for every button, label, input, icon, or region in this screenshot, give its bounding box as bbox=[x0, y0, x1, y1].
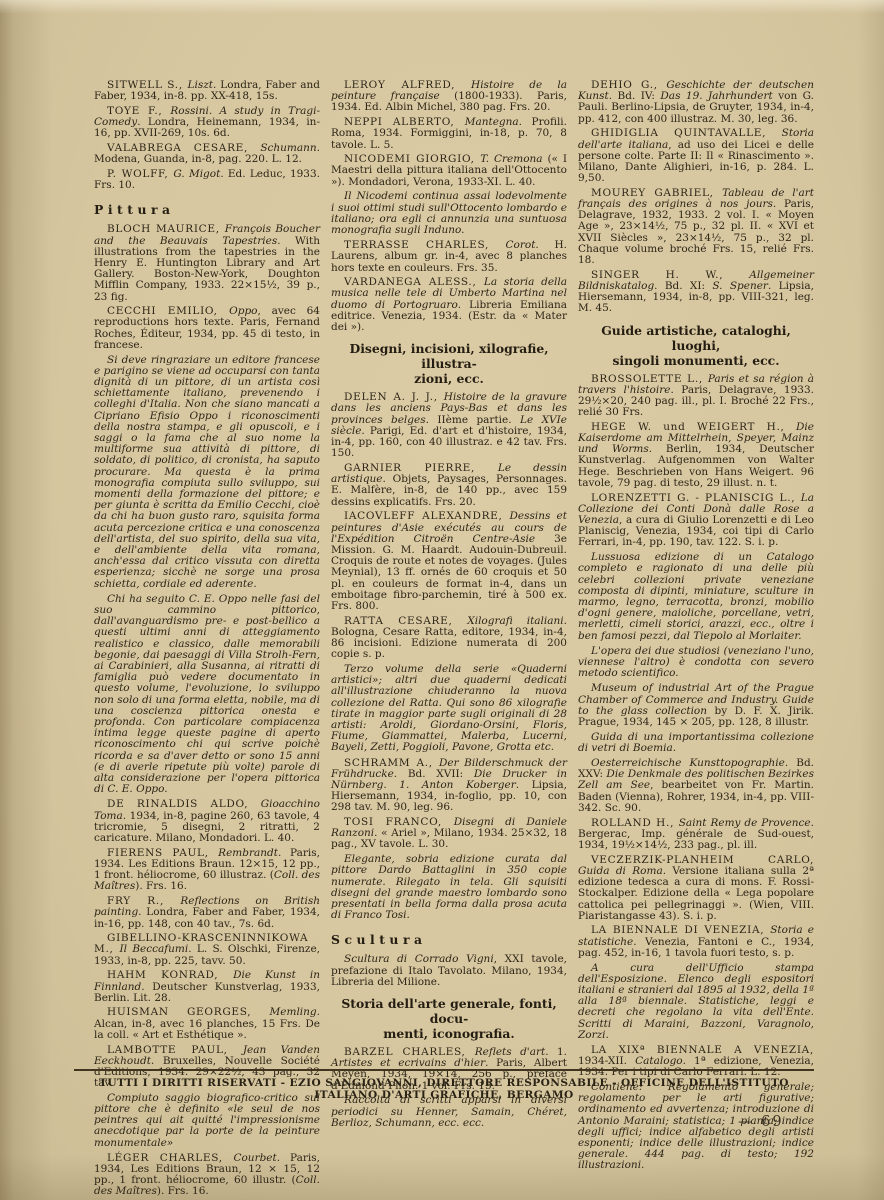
section-heading: Scultura bbox=[331, 932, 567, 947]
bibliography-entry: TERRASSE CHARLES, Corot. H. Laurens, alb… bbox=[331, 240, 567, 274]
author-name: FRY R., bbox=[107, 895, 180, 907]
author-name: BLOCH MAURICE, bbox=[107, 223, 225, 235]
work-title: Saint Remy de Provence bbox=[679, 817, 811, 829]
work-title: Courbet bbox=[233, 1152, 276, 1164]
work-title: Il Beccafumi bbox=[120, 943, 189, 955]
author-name: SCHRAMM A., bbox=[344, 757, 439, 769]
work-title: Corot bbox=[506, 239, 536, 251]
review-note: L'opera dei due studiosi (veneziano l'un… bbox=[578, 646, 814, 680]
work-title: Mantegna bbox=[465, 116, 519, 128]
work-title: S. Spener bbox=[712, 280, 768, 292]
review-note: Compiuto saggio biografico-critico sul p… bbox=[94, 1093, 320, 1149]
bibliography-entry: DELEN A. J. J., Histoire de la gravure d… bbox=[331, 392, 567, 459]
review-note: Guida di una importantissima collezione … bbox=[578, 732, 814, 754]
entry-detail: . 1934, in-8, pagine 260, 63 tavole, 4 t… bbox=[94, 810, 320, 844]
author-name: CECCHI EMILIO, bbox=[107, 305, 229, 317]
work-title: Reflets d'art bbox=[475, 1046, 546, 1058]
author-name: TOSI FRANCO, bbox=[344, 816, 454, 828]
author-name: DELEN A. J. J., bbox=[344, 391, 444, 403]
entry-detail: ). Frs. 16. bbox=[157, 1185, 209, 1197]
work-title: Artistes et ecrivains d'hier bbox=[331, 1057, 485, 1069]
author-name: MOUREY GABRIEL, bbox=[591, 187, 722, 199]
bibliography-entry: HEGE W. und WEIGERT H., Die Kaiserdome a… bbox=[578, 422, 814, 489]
bibliography-entry: LEROY ALFRED, Histoire de la peinture fr… bbox=[331, 80, 567, 114]
entry-detail: . Bd. IV: bbox=[609, 90, 661, 102]
author-name: HUISMAN GEORGES, bbox=[107, 1006, 270, 1018]
review-note: Elegante, sobria edizione curata dal pit… bbox=[331, 854, 567, 921]
author-name: NICODEMI GIORGIO, bbox=[344, 153, 480, 165]
entry-detail: 1934-XII. bbox=[578, 1055, 635, 1067]
work-title: Guida di Roma bbox=[578, 865, 663, 877]
section-heading: Guide artistiche, cataloghi, luoghi, sin… bbox=[578, 323, 814, 368]
bibliography-entry: LA XIXª BIENNALE A VENEZIA, 1934-XII. Ca… bbox=[578, 1045, 814, 1079]
work-title: T. Cremona bbox=[480, 153, 542, 165]
author-name: FIERENS PAUL, bbox=[107, 847, 218, 859]
work-title: Rembrandt bbox=[218, 847, 278, 859]
author-name: LEROY ALFRED, bbox=[344, 79, 471, 91]
bibliography-entry: Museum of industrial Art of the Prague C… bbox=[578, 683, 814, 728]
section-heading: Disegni, incisioni, xilografie, illustra… bbox=[331, 341, 567, 386]
bibliography-entry: LORENZETTI G. - PLANISCIG L., La Collezi… bbox=[578, 493, 814, 549]
entry-detail: . Parigi, Ed. d'art et d'histoire, 1934,… bbox=[331, 425, 567, 459]
author-name: TERRASSE CHARLES, bbox=[344, 239, 506, 251]
bibliography-entry: Scultura di Corrado Vigni, XXI tavole, p… bbox=[331, 954, 567, 988]
author-name: VALABREGA CESARE, bbox=[107, 142, 260, 154]
bibliography-entry: HUISMAN GEORGES, Memling. Alcan, in-8, a… bbox=[94, 1007, 320, 1041]
section-heading: Storia dell'arte generale, fonti, docu- … bbox=[331, 996, 567, 1041]
author-name: NEPPI ALBERTO, bbox=[344, 116, 465, 128]
bibliography-entry: BLOCH MAURICE, François Boucher and the … bbox=[94, 224, 320, 302]
bibliography-entry: VARDANEGA ALESS., La storia della musica… bbox=[331, 277, 567, 333]
section-heading: Pittura bbox=[94, 202, 320, 217]
bibliography-entry: NEPPI ALBERTO, Mantegna. Profili. Roma, … bbox=[331, 117, 567, 151]
bibliography-columns: SITWELL S., Liszt. Londra, Faber and Fab… bbox=[94, 80, 814, 1200]
work-title: Catalogo bbox=[635, 1055, 683, 1067]
review-note: Lussuosa edizione di un Catalogo complet… bbox=[578, 552, 814, 642]
entry-detail: . 1. bbox=[545, 1046, 567, 1058]
entry-detail: . Bd. XI: bbox=[654, 280, 712, 292]
bibliography-entry: HAHM KONRAD, Die Kunst in Finnland. Deut… bbox=[94, 970, 320, 1004]
bibliography-entry: CECCHI EMILIO, Oppo, avec 64 reproductio… bbox=[94, 306, 320, 351]
work-title: Liszt bbox=[187, 79, 212, 91]
author-name: P. WOLFF, bbox=[107, 168, 173, 180]
author-name: TOYE F., bbox=[107, 105, 170, 117]
page-number: — 69 bbox=[738, 1114, 784, 1130]
bibliography-entry: MOUREY GABRIEL, Tableau de l'art françai… bbox=[578, 188, 814, 266]
author-name: VECZERZIK-PLANHEIM CARLO, bbox=[591, 854, 814, 866]
entry-detail: . IIème partie. bbox=[426, 414, 520, 426]
bibliography-entry: P. WOLFF, G. Migot. Ed. Leduc, 1933. Frs… bbox=[94, 169, 320, 191]
author-name: BROSSOLETTE L., bbox=[591, 373, 708, 385]
author-name: LORENZETTI G. - PLANISCIG L., bbox=[591, 492, 801, 504]
entry-detail: ). Frs. 16. bbox=[135, 880, 187, 892]
review-note: Si deve ringraziare un editore francese … bbox=[94, 355, 320, 590]
footer-divider-rule bbox=[74, 1069, 814, 1071]
bibliography-entry: BROSSOLETTE L., Paris et sa région à tra… bbox=[578, 374, 814, 419]
author-name: LA XIXª BIENNALE A VENEZIA, bbox=[591, 1044, 814, 1056]
work-title: Scultura di Corrado Vigni bbox=[344, 953, 494, 965]
bibliography-entry: Oesterreichische Kunsttopographie. Bd. X… bbox=[578, 758, 814, 814]
review-note: Terzo volume della serie «Quaderni artis… bbox=[331, 664, 567, 754]
author-name: LÉGER CHARLES, bbox=[107, 1152, 233, 1164]
author-name: GHIDIGLIA QUINTAVALLE, bbox=[591, 127, 782, 139]
imprint-footer: TUTTI I DIRITTI RISERVATI - EZIO SANGIOV… bbox=[74, 1077, 814, 1101]
entry-detail: 3e Mission. G. M. Haardt. Audouin-Dubreu… bbox=[331, 533, 567, 612]
review-note: Il Nicodemi continua assai lodevolmente … bbox=[331, 191, 567, 236]
author-name: SINGER H. W., bbox=[591, 269, 749, 281]
author-name: LA BIENNALE DI VENEZIA, bbox=[591, 924, 770, 936]
text-column-1: SITWELL S., Liszt. Londra, Faber and Fab… bbox=[94, 80, 320, 1200]
bibliography-entry: DEHIO G., Geschichte der deutschen Kunst… bbox=[578, 80, 814, 125]
work-title: Oesterreichische Kunsttopographie bbox=[591, 757, 785, 769]
bibliography-entry: RATTA CESARE, Xilografi italiani. Bologn… bbox=[331, 616, 567, 661]
review-note: A cura dell'Ufficio stampa dell'Esposizi… bbox=[578, 963, 814, 1041]
bibliography-entry: LA BIENNALE DI VENEZIA, Storia e statist… bbox=[578, 925, 814, 959]
work-title: Xilografi italiani bbox=[467, 615, 563, 627]
bibliography-entry: TOYE F., Rossini. A study in Tragi-Comed… bbox=[94, 106, 320, 140]
work-title: Schumann bbox=[260, 142, 316, 154]
bibliography-entry: FIERENS PAUL, Rembrandt. Paris, 1934. Le… bbox=[94, 848, 320, 893]
author-name: HEGE W. und WEIGERT H., bbox=[591, 421, 796, 433]
bibliography-entry: FRY R., Reflections on British painting.… bbox=[94, 896, 320, 930]
author-name: DE RINALDIS ALDO, bbox=[107, 798, 261, 810]
bibliography-entry: NICODEMI GIORGIO, T. Cremona (« I Maestr… bbox=[331, 154, 567, 188]
bibliography-entry: DE RINALDIS ALDO, Gioacchino Toma. 1934,… bbox=[94, 799, 320, 844]
bibliography-entry: TOSI FRANCO, Disegni di Daniele Ranzoni.… bbox=[331, 817, 567, 851]
bibliography-entry: GARNIER PIERRE, Le dessin artistique. Ob… bbox=[331, 463, 567, 508]
review-note: Chi ha seguito C. E. Oppo nelle fasi del… bbox=[94, 594, 320, 796]
text-column-2: LEROY ALFRED, Histoire de la peinture fr… bbox=[331, 80, 567, 1200]
work-title: G. Migot bbox=[173, 168, 220, 180]
bibliography-entry: LÉGER CHARLES, Courbet. Paris, 1934, Les… bbox=[94, 1153, 320, 1198]
bibliography-entry: SCHRAMM A., Der Bilderschmuck der Frühdr… bbox=[331, 758, 567, 814]
author-name: GARNIER PIERRE, bbox=[344, 462, 498, 474]
entry-detail: . Bd. XVII: bbox=[394, 768, 474, 780]
author-name: SITWELL S., bbox=[107, 79, 187, 91]
author-name: VARDANEGA ALESS., bbox=[344, 276, 484, 288]
bibliography-entry: GIBELLINO-KRASCENINNIKOWA M., Il Beccafu… bbox=[94, 933, 320, 967]
author-name: DEHIO G., bbox=[591, 79, 666, 91]
bibliography-entry: VALABREGA CESARE, Schumann. Modena, Guan… bbox=[94, 143, 320, 165]
author-name: HAHM KONRAD, bbox=[107, 969, 233, 981]
author-name: LAMBOTTE PAUL, bbox=[107, 1044, 243, 1056]
bibliography-entry: ROLLAND H., Saint Remy de Provence. Berg… bbox=[578, 818, 814, 852]
bibliography-entry: IACOVLEFF ALEXANDRE, Dessins et peinture… bbox=[331, 511, 567, 612]
text-column-3: DEHIO G., Geschichte der deutschen Kunst… bbox=[578, 80, 814, 1200]
author-name: IACOVLEFF ALEXANDRE, bbox=[344, 510, 509, 522]
author-name: ROLLAND H., bbox=[591, 817, 679, 829]
work-title: Das 19. Jahrhundert bbox=[660, 90, 772, 102]
work-title: Oppo bbox=[229, 305, 257, 317]
bibliography-entry: SINGER H. W., Allgemeiner Bildniskatalog… bbox=[578, 270, 814, 315]
bibliography-entry: SITWELL S., Liszt. Londra, Faber and Fab… bbox=[94, 80, 320, 102]
author-name: RATTA CESARE, bbox=[344, 615, 467, 627]
work-title: Memling bbox=[270, 1006, 317, 1018]
bibliography-entry: GHIDIGLIA QUINTAVALLE, Storia dell'arte … bbox=[578, 128, 814, 184]
bibliography-entry: VECZERZIK-PLANHEIM CARLO, Guida di Roma.… bbox=[578, 855, 814, 922]
author-name: BARZEL CHARLES, bbox=[344, 1046, 475, 1058]
